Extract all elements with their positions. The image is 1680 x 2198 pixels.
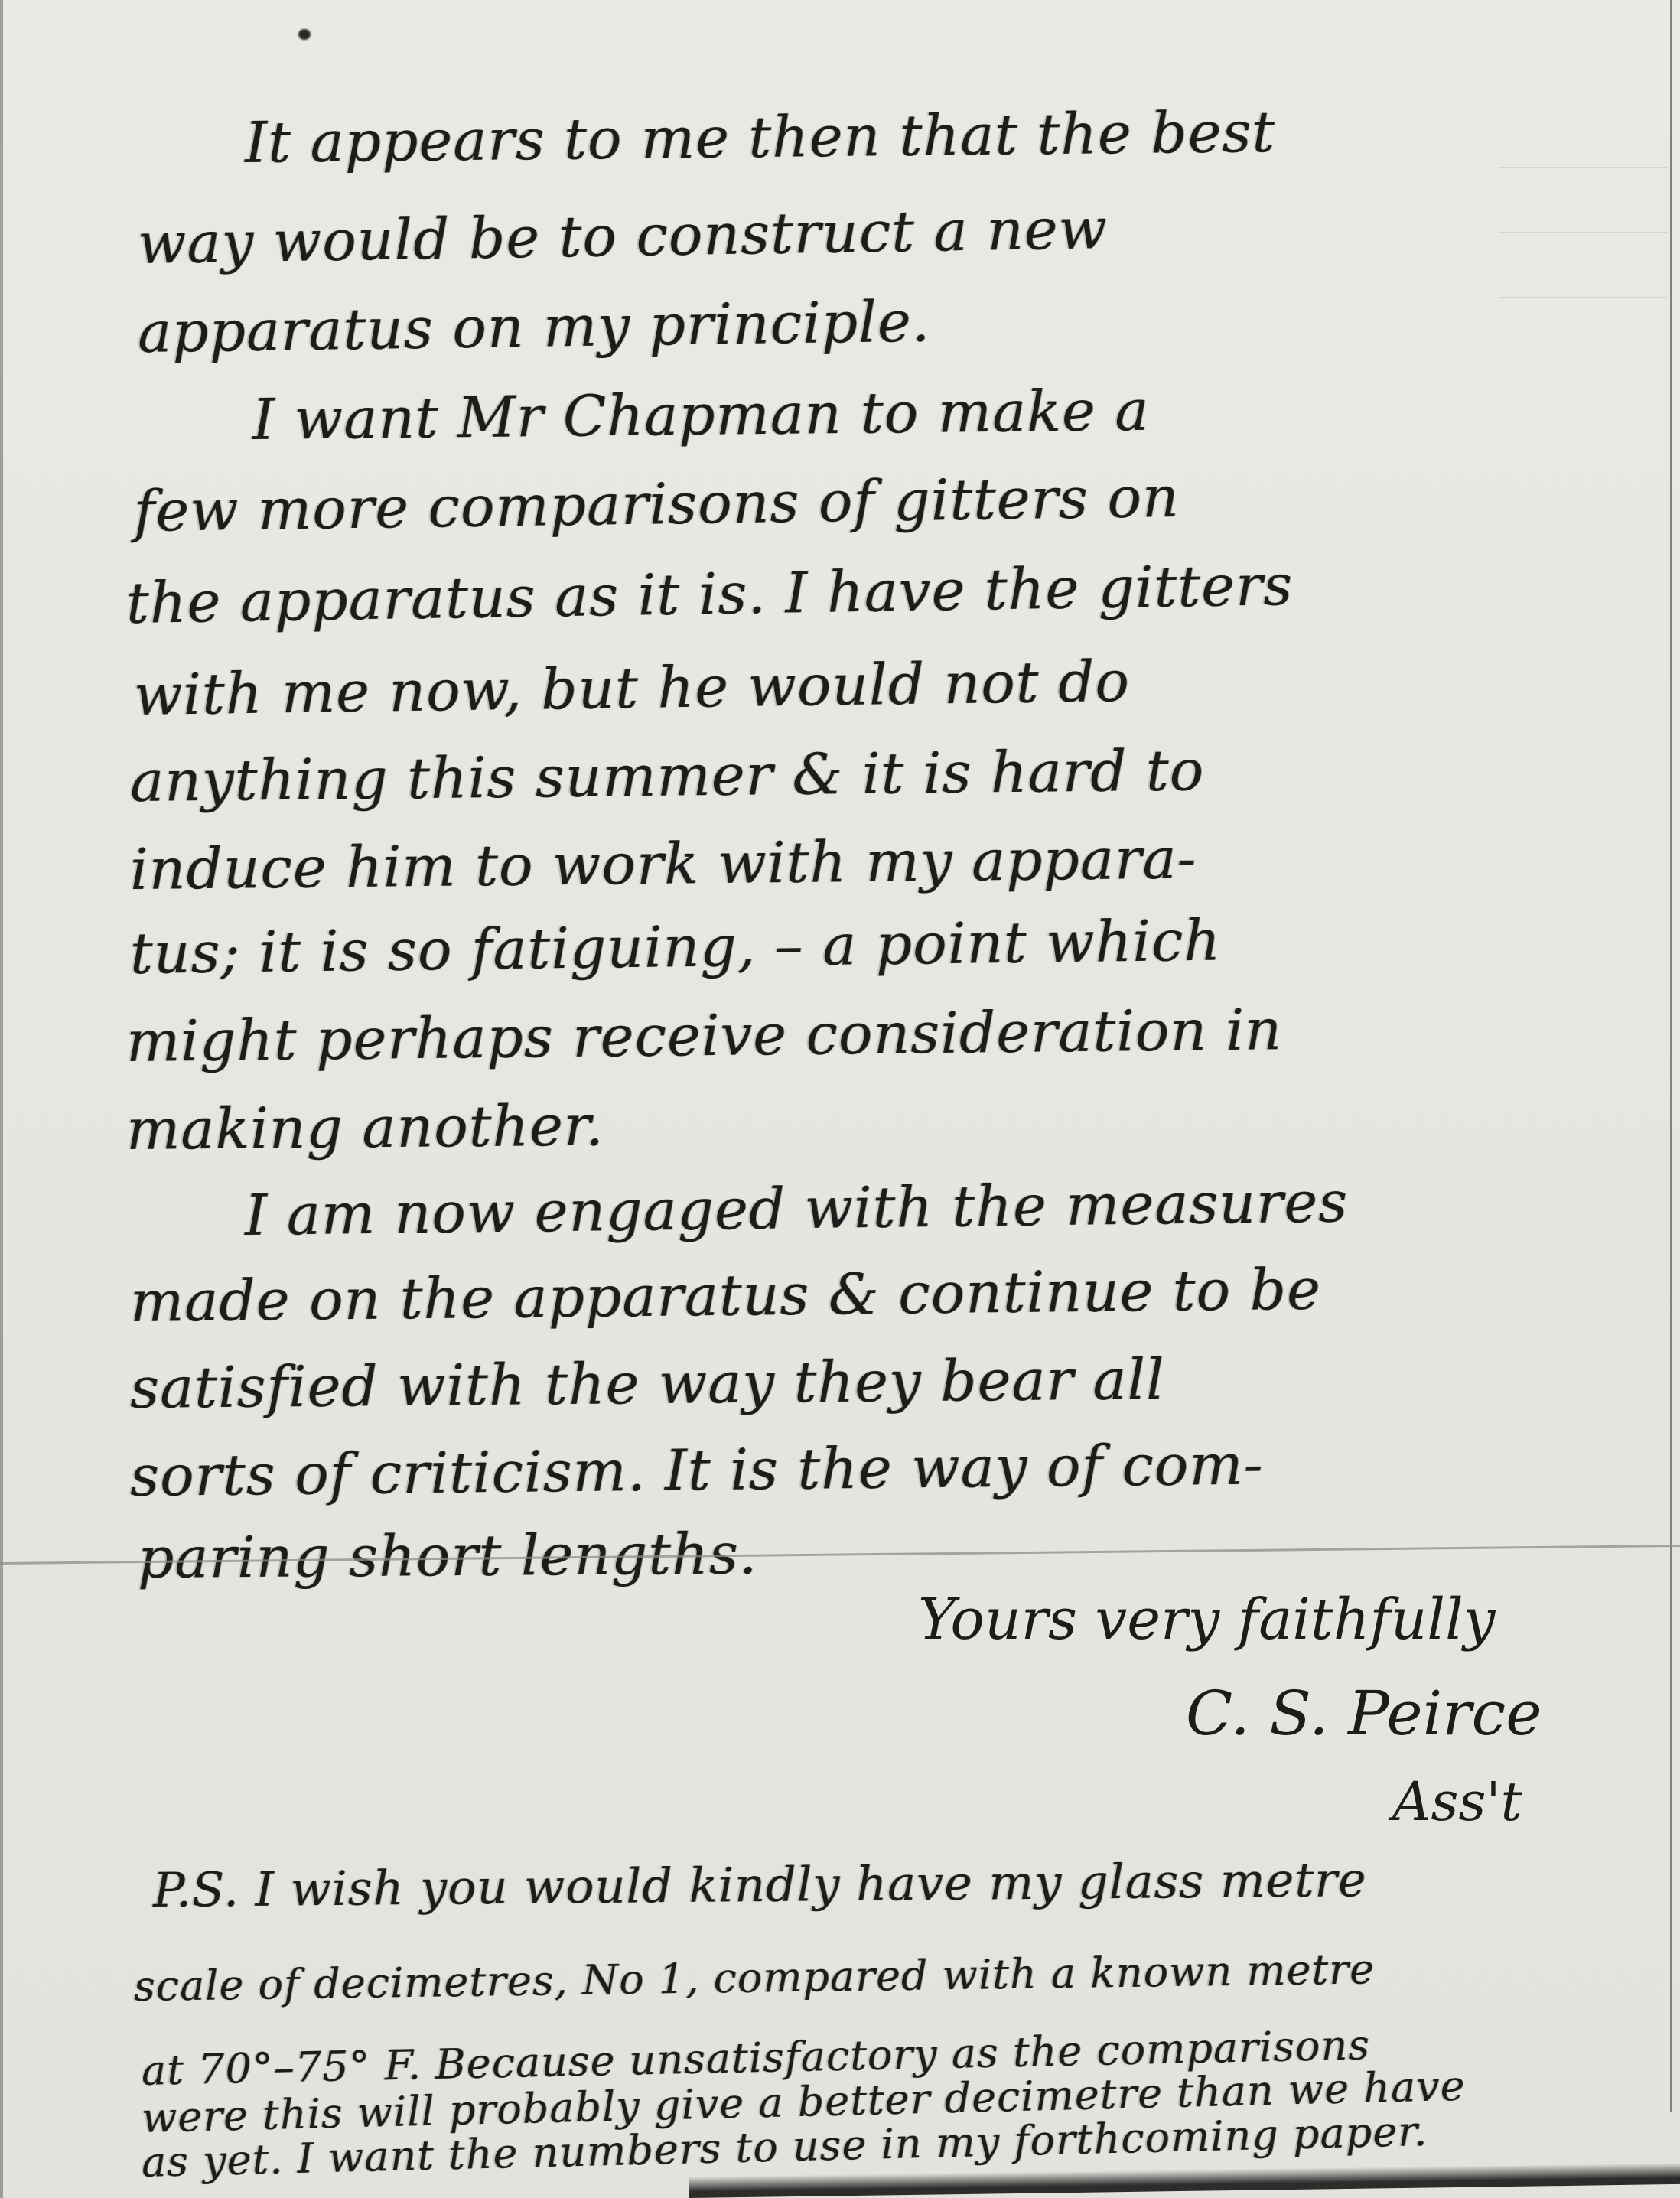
letter-line: anything this summer & it is hard to <box>130 742 1205 810</box>
letter-page: It appears to me then that the best way … <box>0 0 1680 2198</box>
faint-ruled-line <box>1499 167 1668 168</box>
letter-line: It appears to me then that the best <box>245 104 1276 171</box>
letter-line: I want Mr Chapman to make a <box>252 383 1150 448</box>
letter-line: sorts of criticism. It is the way of com… <box>130 1436 1264 1505</box>
letter-line: made on the apparatus & continue to be <box>130 1262 1322 1330</box>
letter-line: apparatus on my principle. <box>137 294 930 361</box>
postscript-line: scale of decimetres, No 1, compared with… <box>134 1949 1376 2008</box>
letter-line: might perhaps receive consideration in <box>126 1001 1283 1070</box>
letter-line: way would be to construct a new <box>137 200 1108 272</box>
letter-line: induce him to work with my appara- <box>130 830 1197 898</box>
faint-ruled-line <box>1499 297 1668 298</box>
letter-line: few more comparisons of gitters on <box>133 469 1180 540</box>
letter-line: making another. <box>126 1098 604 1158</box>
ink-blot-icon <box>298 29 311 40</box>
letter-line: the apparatus as it is. I have the gitte… <box>125 557 1293 632</box>
letter-line: I am now engaged with the measures <box>245 1174 1349 1244</box>
letter-line: satisfied with the way they bear all <box>130 1351 1165 1417</box>
faint-ruled-line <box>1499 232 1668 233</box>
signature: C. S. Peirce <box>1186 1683 1542 1744</box>
signature-suffix: Ass't <box>1392 1775 1522 1828</box>
postscript-line: P.S. I wish you would kindly have my gla… <box>153 1856 1367 1914</box>
letter-line: with me now, but he would not do <box>133 653 1130 724</box>
right-margin-rule <box>1670 0 1672 2112</box>
valediction: Yours very faithfully <box>918 1591 1496 1648</box>
letter-line: tus; it is so fatiguing, – a point which <box>130 913 1222 982</box>
page-left-shadow <box>0 0 3 2198</box>
